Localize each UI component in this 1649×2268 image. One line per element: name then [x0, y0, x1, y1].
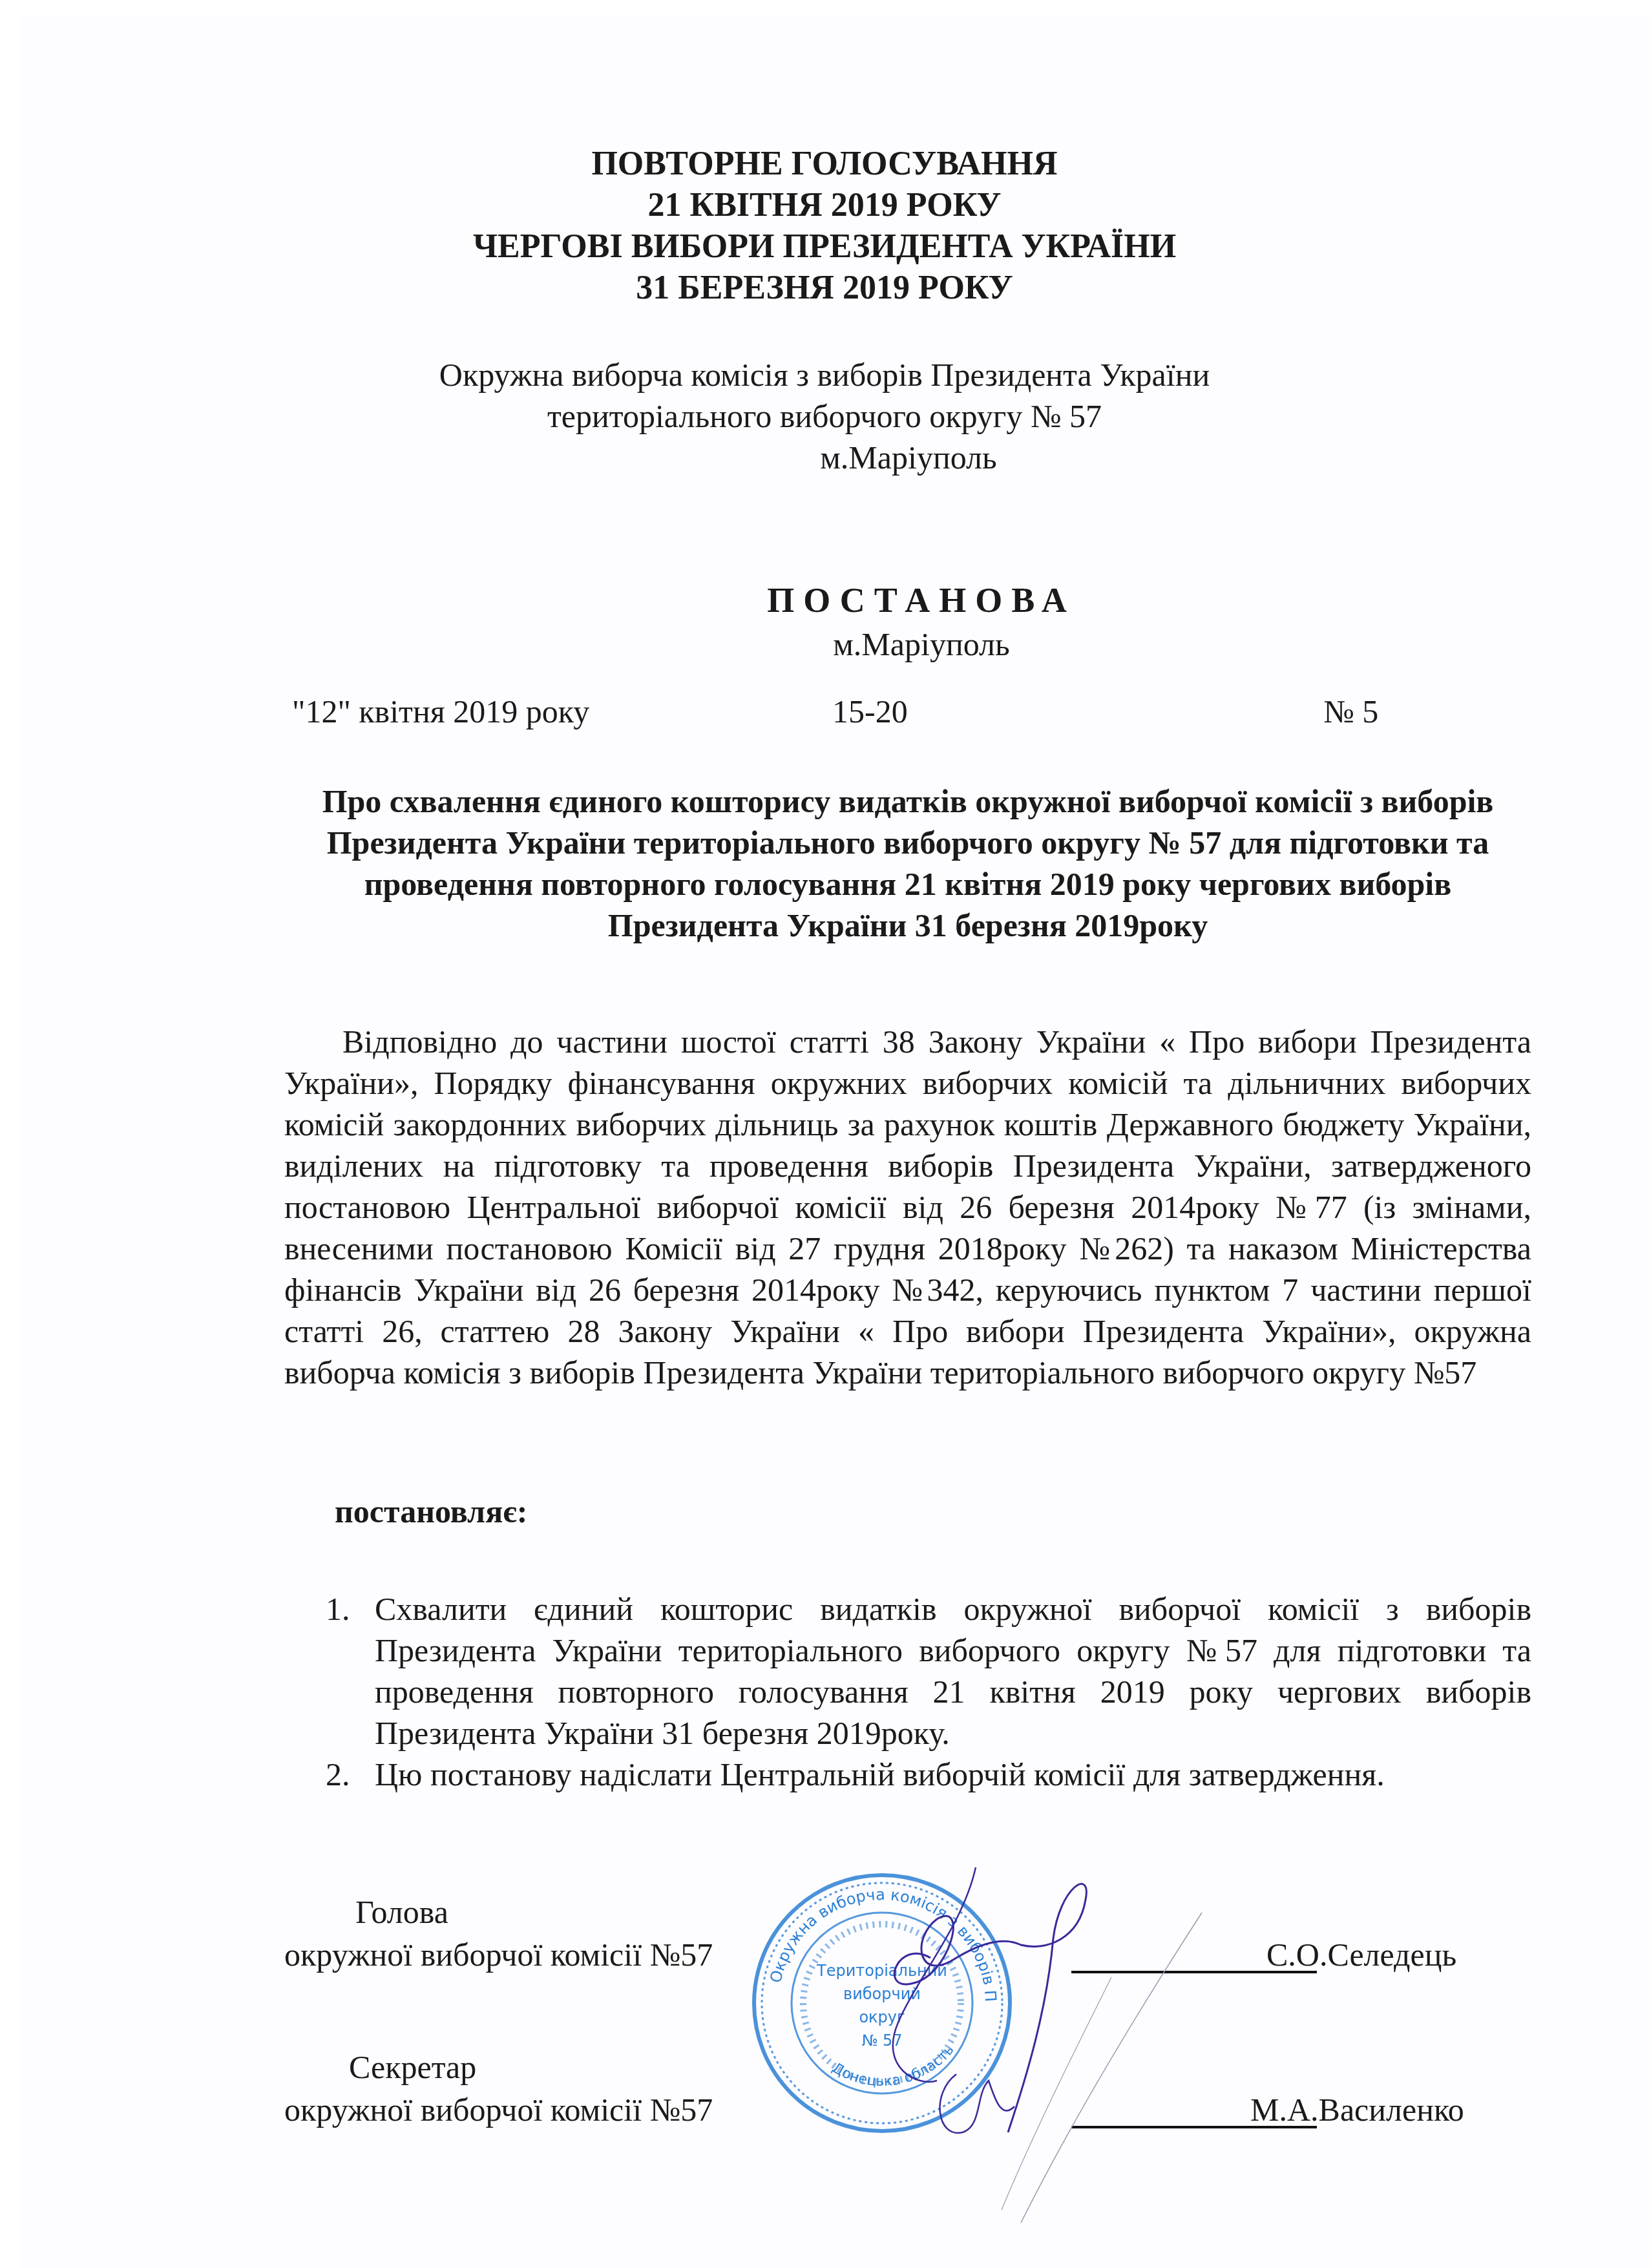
resolution-city: м.Маріуполь — [0, 625, 1649, 663]
handwritten-signature-icon — [840, 1861, 1228, 2223]
resolution-number: № 5 — [1323, 693, 1378, 730]
decision-text: Схвалити єдиний кошторис видатків окружн… — [375, 1591, 1531, 1751]
commission-line: територіального виборчого округу № 57 — [0, 395, 1649, 437]
header-line: ЧЕРГОВІ ВИБОРИ ПРЕЗИДЕНТА УКРАЇНИ — [0, 226, 1649, 268]
resolution-subject: Про схвалення єдиного кошторису видатків… — [284, 781, 1531, 946]
commission-line: Окружна виборча комісія з виборів Презид… — [0, 354, 1649, 395]
secretary-role: Секретар — [349, 2048, 476, 2086]
resolution-date: "12" квітня 2019 року — [292, 693, 589, 730]
resolution-title: ПОСТАНОВА — [0, 580, 1649, 620]
resolves-label: постановляє: — [335, 1493, 527, 1530]
header-line: 21 КВІТНЯ 2019 РОКУ — [0, 185, 1649, 226]
election-header: ПОВТОРНЕ ГОЛОСУВАННЯ 21 КВІТНЯ 2019 РОКУ… — [0, 143, 1649, 309]
secretary-name: М.А.Василенко — [1250, 2091, 1464, 2128]
header-line: ПОВТОРНЕ ГОЛОСУВАННЯ — [0, 143, 1649, 185]
decision-list: 1. Схвалити єдиний кошторис видатків окр… — [310, 1588, 1531, 1795]
resolution-time: 15-20 — [832, 693, 908, 730]
header-line: 31 БЕРЕЗНЯ 2019 РОКУ — [0, 268, 1649, 309]
decision-number: 2. — [326, 1754, 350, 1795]
decision-text: Цю постанову надіслати Центральній вибор… — [375, 1756, 1385, 1792]
chair-org: окружної виборчої комісії №57 — [284, 1936, 713, 1973]
chair-role: Голова — [355, 1893, 448, 1931]
preamble-text: Відповідно до частини шостої статті 38 З… — [284, 1021, 1531, 1393]
decision-number: 1. — [326, 1588, 350, 1630]
decision-item: 1. Схвалити єдиний кошторис видатків окр… — [310, 1588, 1531, 1754]
chair-name: С.О.Селедець — [1266, 1936, 1456, 1973]
secretary-org: окружної виборчої комісії №57 — [284, 2091, 713, 2128]
commission-name: Окружна виборча комісія з виборів Презид… — [0, 354, 1649, 478]
decision-item: 2. Цю постанову надіслати Центральній ви… — [310, 1754, 1531, 1795]
commission-city: м.Маріуполь — [0, 437, 1649, 478]
